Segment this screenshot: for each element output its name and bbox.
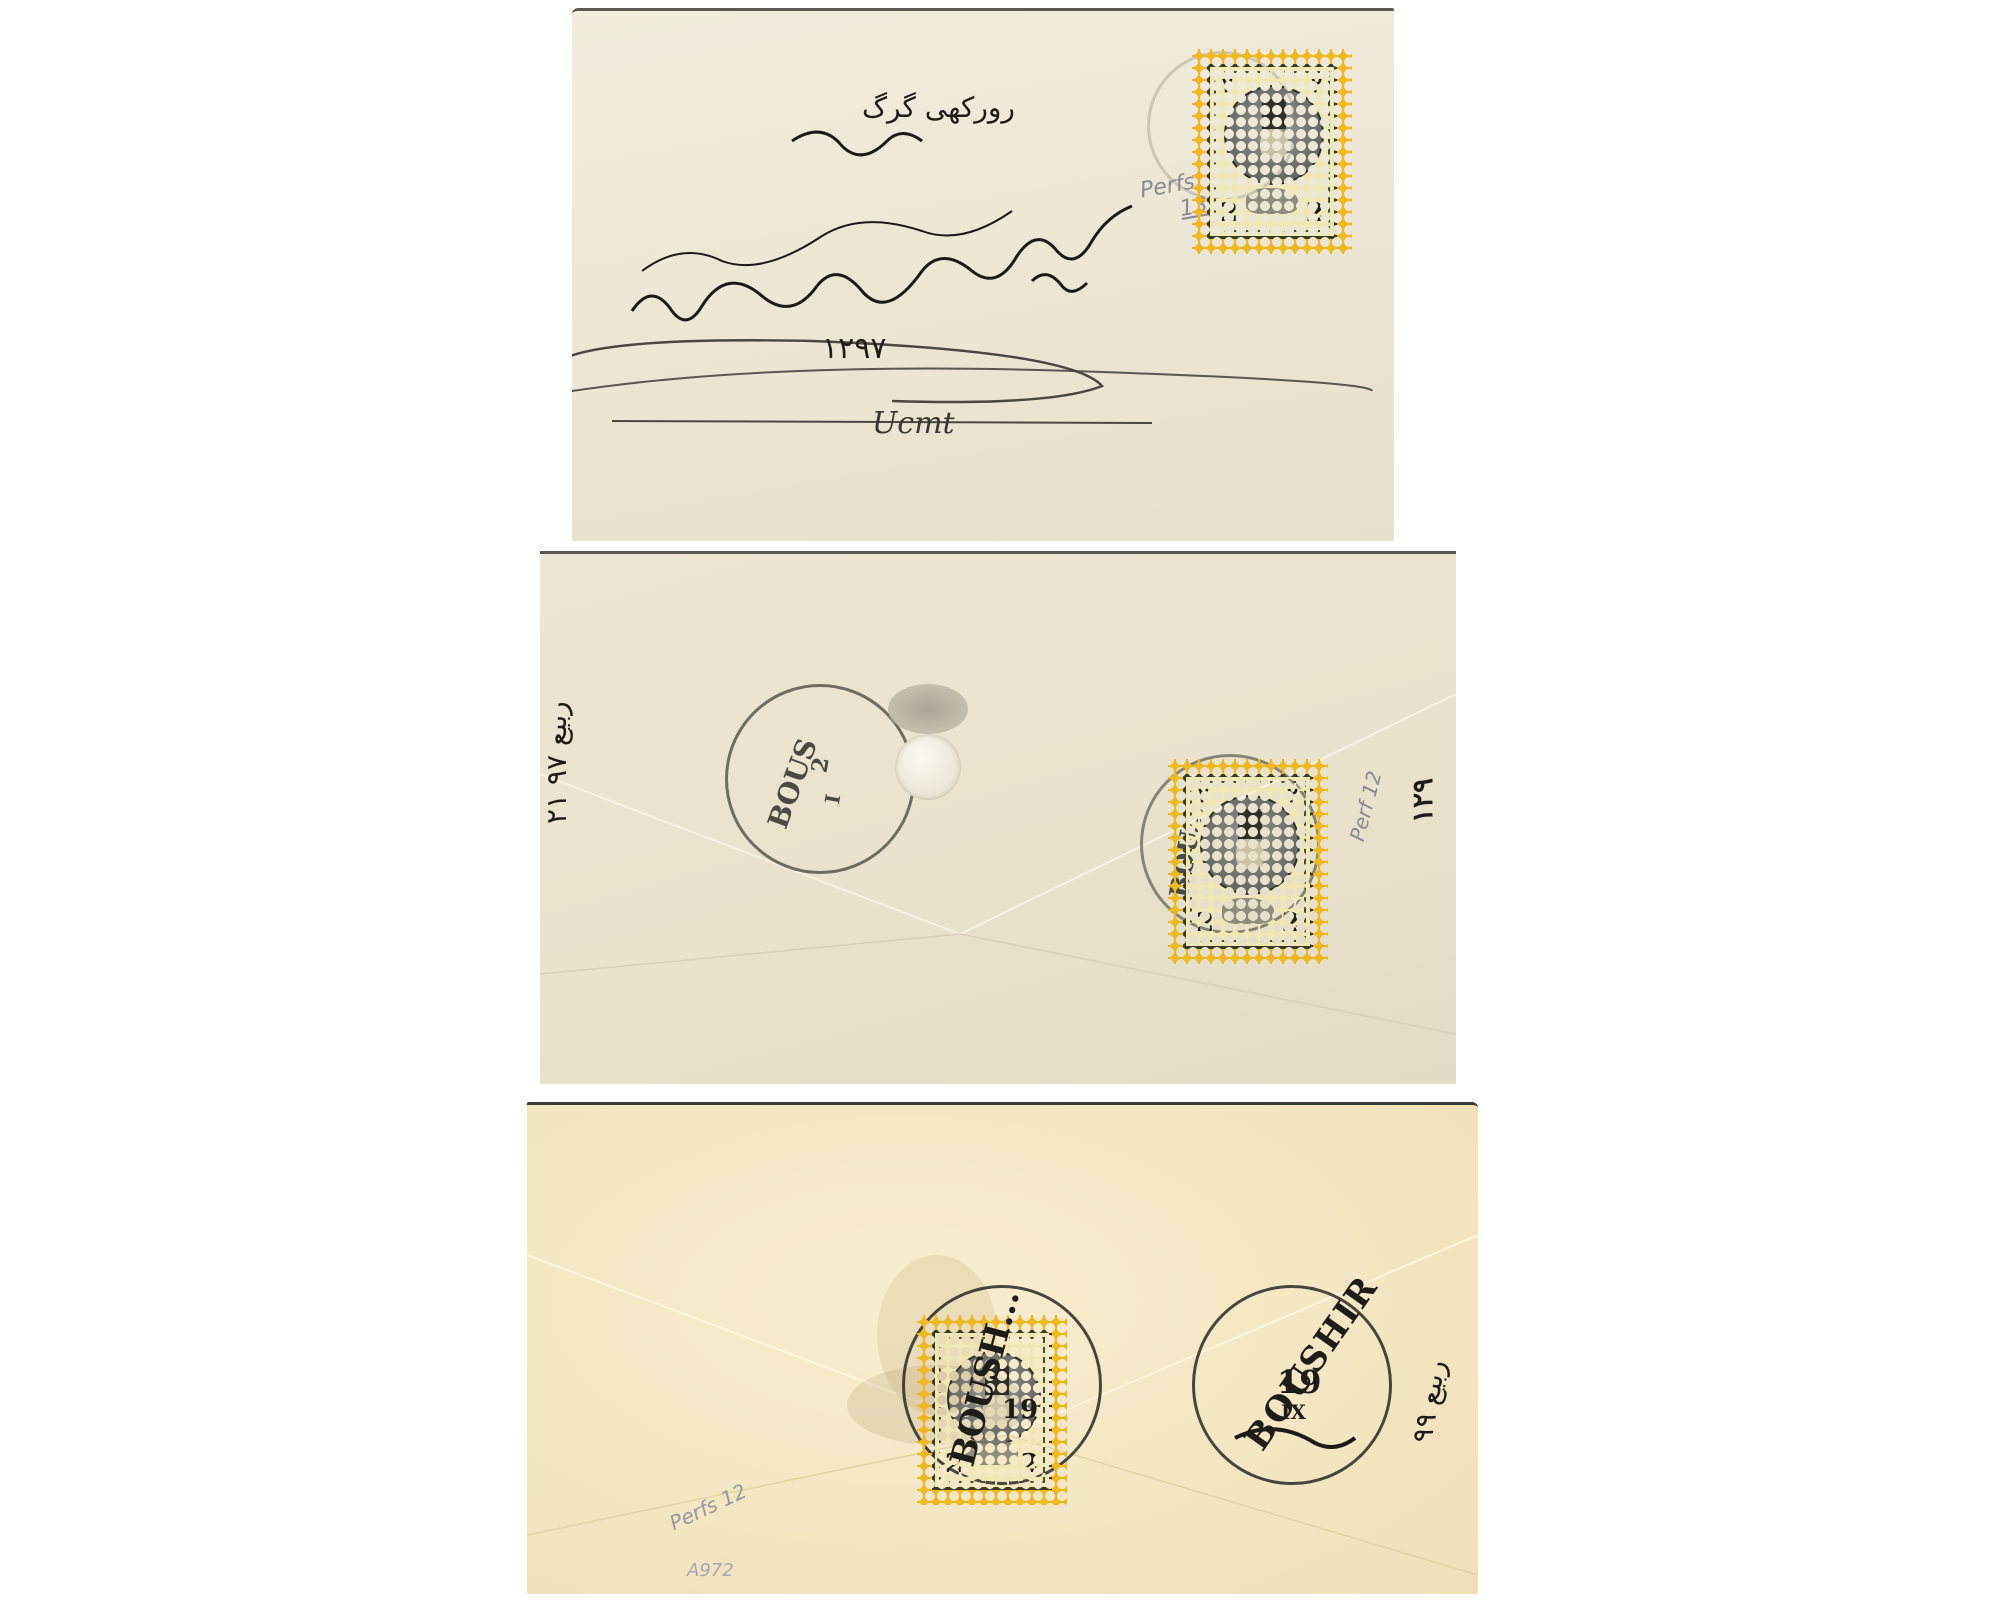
stamp-value-persian: ۲ [1198, 785, 1209, 805]
stamp-value-persian: ۲ [1287, 785, 1298, 805]
pencil-catalogue-number: A972 [687, 1560, 734, 1581]
stamp: ۲ ۲ 2 2 [1168, 759, 1328, 964]
lion-and-sun-emblem [1246, 188, 1298, 214]
stamp-value-persian: ۲ [1222, 75, 1233, 95]
lion-and-sun-emblem [1222, 898, 1274, 924]
stamp: ۲ ۲ 2 2 [1192, 49, 1352, 254]
addressee-line: رورکھی گرگ [862, 91, 1015, 124]
stamp-value: 2 [1021, 1451, 1039, 1477]
oval-seal-impression [888, 684, 968, 734]
stamp-value: 2 [1282, 910, 1300, 936]
shah-portrait [1224, 85, 1324, 185]
postmark-month: I [820, 792, 845, 805]
postmark-flourish [1195, 1288, 1389, 1482]
year-inscription: ۱۲۹۷ [822, 331, 886, 366]
stamp-value-persian: ۲ [1311, 75, 1322, 95]
embossed-wax-seal [895, 734, 961, 800]
postmark: BOUS 2 I [725, 684, 915, 874]
pencil-note-perfs: Perf 12 [1345, 768, 1387, 843]
shah-portrait [1200, 795, 1300, 895]
pencil-note-perfs: Perfs 12 [666, 1479, 750, 1535]
cover-front: ۱۲۹۷ Ucmt رورکھی گرگ Perfs. 13 ۲ ۲ 2 2 [572, 8, 1394, 541]
cover-back-1: BOUS 2 I BOU... ۲ ۲ 2 2 Perf 12 ۲۱ ربیع … [540, 551, 1456, 1084]
postmark: BOUSHIR 19 IX [1192, 1285, 1392, 1485]
latin-inscription: Ucmt [872, 406, 955, 441]
stamp-value: 2 [1196, 910, 1214, 936]
stamp-value: 2 [1220, 200, 1238, 226]
pencil-note-label: Perfs 12 [666, 1479, 750, 1535]
tied-postmark-day: 19 [1002, 1395, 1038, 1425]
cover-back-2: BOUSH... 2 2 19 BOUSHIR 19 IX ۹۹ ربیع Pe… [527, 1102, 1478, 1594]
stamp-frame: ۲ ۲ 2 2 [1183, 774, 1313, 949]
handwriting-right: ۱۲۹ [1406, 778, 1439, 823]
handwriting-right: ۹۹ ربیع [1405, 1357, 1452, 1445]
handwriting-left: ۲۱ ربیع ۹۷ [540, 701, 573, 824]
postmark-town: BOUS [761, 734, 824, 833]
stamp-value: 2 [1306, 200, 1324, 226]
stamp-frame: ۲ ۲ 2 2 [1207, 64, 1337, 239]
